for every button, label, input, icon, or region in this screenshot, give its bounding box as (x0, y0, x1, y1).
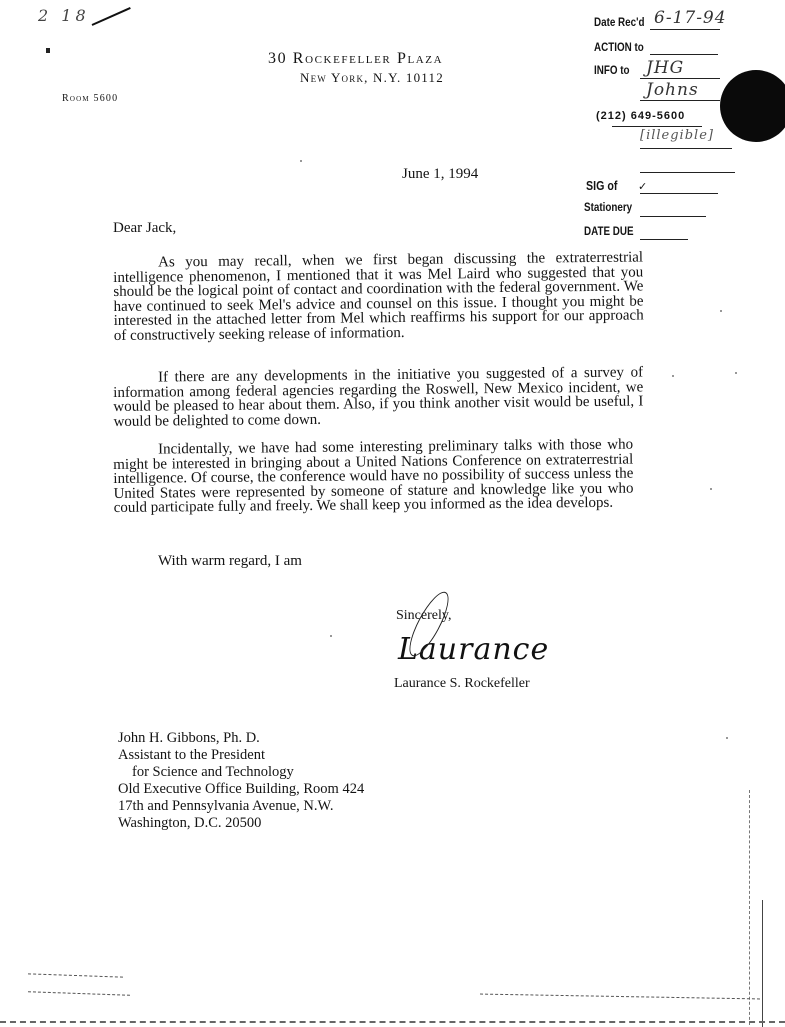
paragraph-2-text: If there are any developments in the ini… (113, 364, 643, 429)
sig-of-label: SIG of (586, 178, 617, 193)
paragraph-1-text: As you may recall, when we first began d… (113, 249, 644, 343)
letterhead-street: 30 Rockefeller Plaza (268, 50, 443, 68)
scan-edge-right-solid (762, 900, 763, 1027)
paragraph-1: As you may recall, when we first began d… (113, 250, 644, 343)
letterhead-room: Room 5600 (62, 93, 118, 104)
recipient-city: Washington, D.C. 20500 (118, 815, 364, 832)
stamp-phone: (212) 649-5600 (596, 110, 685, 122)
recipient-title: Assistant to the President (118, 747, 364, 764)
action-to-label: ACTION to (594, 40, 644, 54)
scan-line (480, 994, 760, 1000)
scan-line (28, 991, 130, 996)
info-to-value-2: Johns (646, 80, 699, 100)
info-to-value-1: JHG (646, 58, 684, 78)
info-to-label: INFO to (594, 63, 630, 77)
scan-line-bottom (0, 1021, 785, 1023)
signer-name: Laurance S. Rockefeller (394, 676, 530, 692)
closing-line: With warm regard, I am (158, 553, 302, 570)
recipient-name: John H. Gibbons, Ph. D. (118, 730, 364, 747)
corner-handwritten-mark: 2 18 (38, 6, 90, 25)
paragraph-2: If there are any developments in the ini… (113, 365, 644, 429)
corner-speck (46, 48, 50, 53)
salutation: Dear Jack, (113, 220, 176, 237)
paragraph-3-text: Incidentally, we have had some interesti… (113, 437, 633, 516)
paragraph-3: Incidentally, we have had some interesti… (113, 438, 634, 516)
recipient-building: Old Executive Office Building, Room 424 (118, 781, 364, 798)
date-received-label: Date Rec'd (594, 15, 644, 29)
circular-stamp (720, 70, 785, 142)
corner-slash-stroke (92, 7, 131, 26)
scribbled-entry: [illegible] (640, 128, 714, 143)
scan-line (28, 973, 123, 977)
scan-edge-right (749, 790, 750, 1027)
recipient-street: 17th and Pennsylvania Avenue, N.W. (118, 798, 364, 815)
stationery-label: Stationery (584, 200, 632, 214)
recipient-title-cont: for Science and Technology (118, 764, 364, 781)
letter-date: June 1, 1994 (402, 166, 478, 183)
sig-of-check: ✓ (638, 180, 647, 193)
date-received-value: 6-17-94 (654, 8, 727, 28)
recipient-address: John H. Gibbons, Ph. D. Assistant to the… (118, 730, 364, 832)
letterhead-city: New York, N.Y. 10112 (300, 70, 444, 86)
date-due-label: DATE DUE (584, 224, 634, 238)
